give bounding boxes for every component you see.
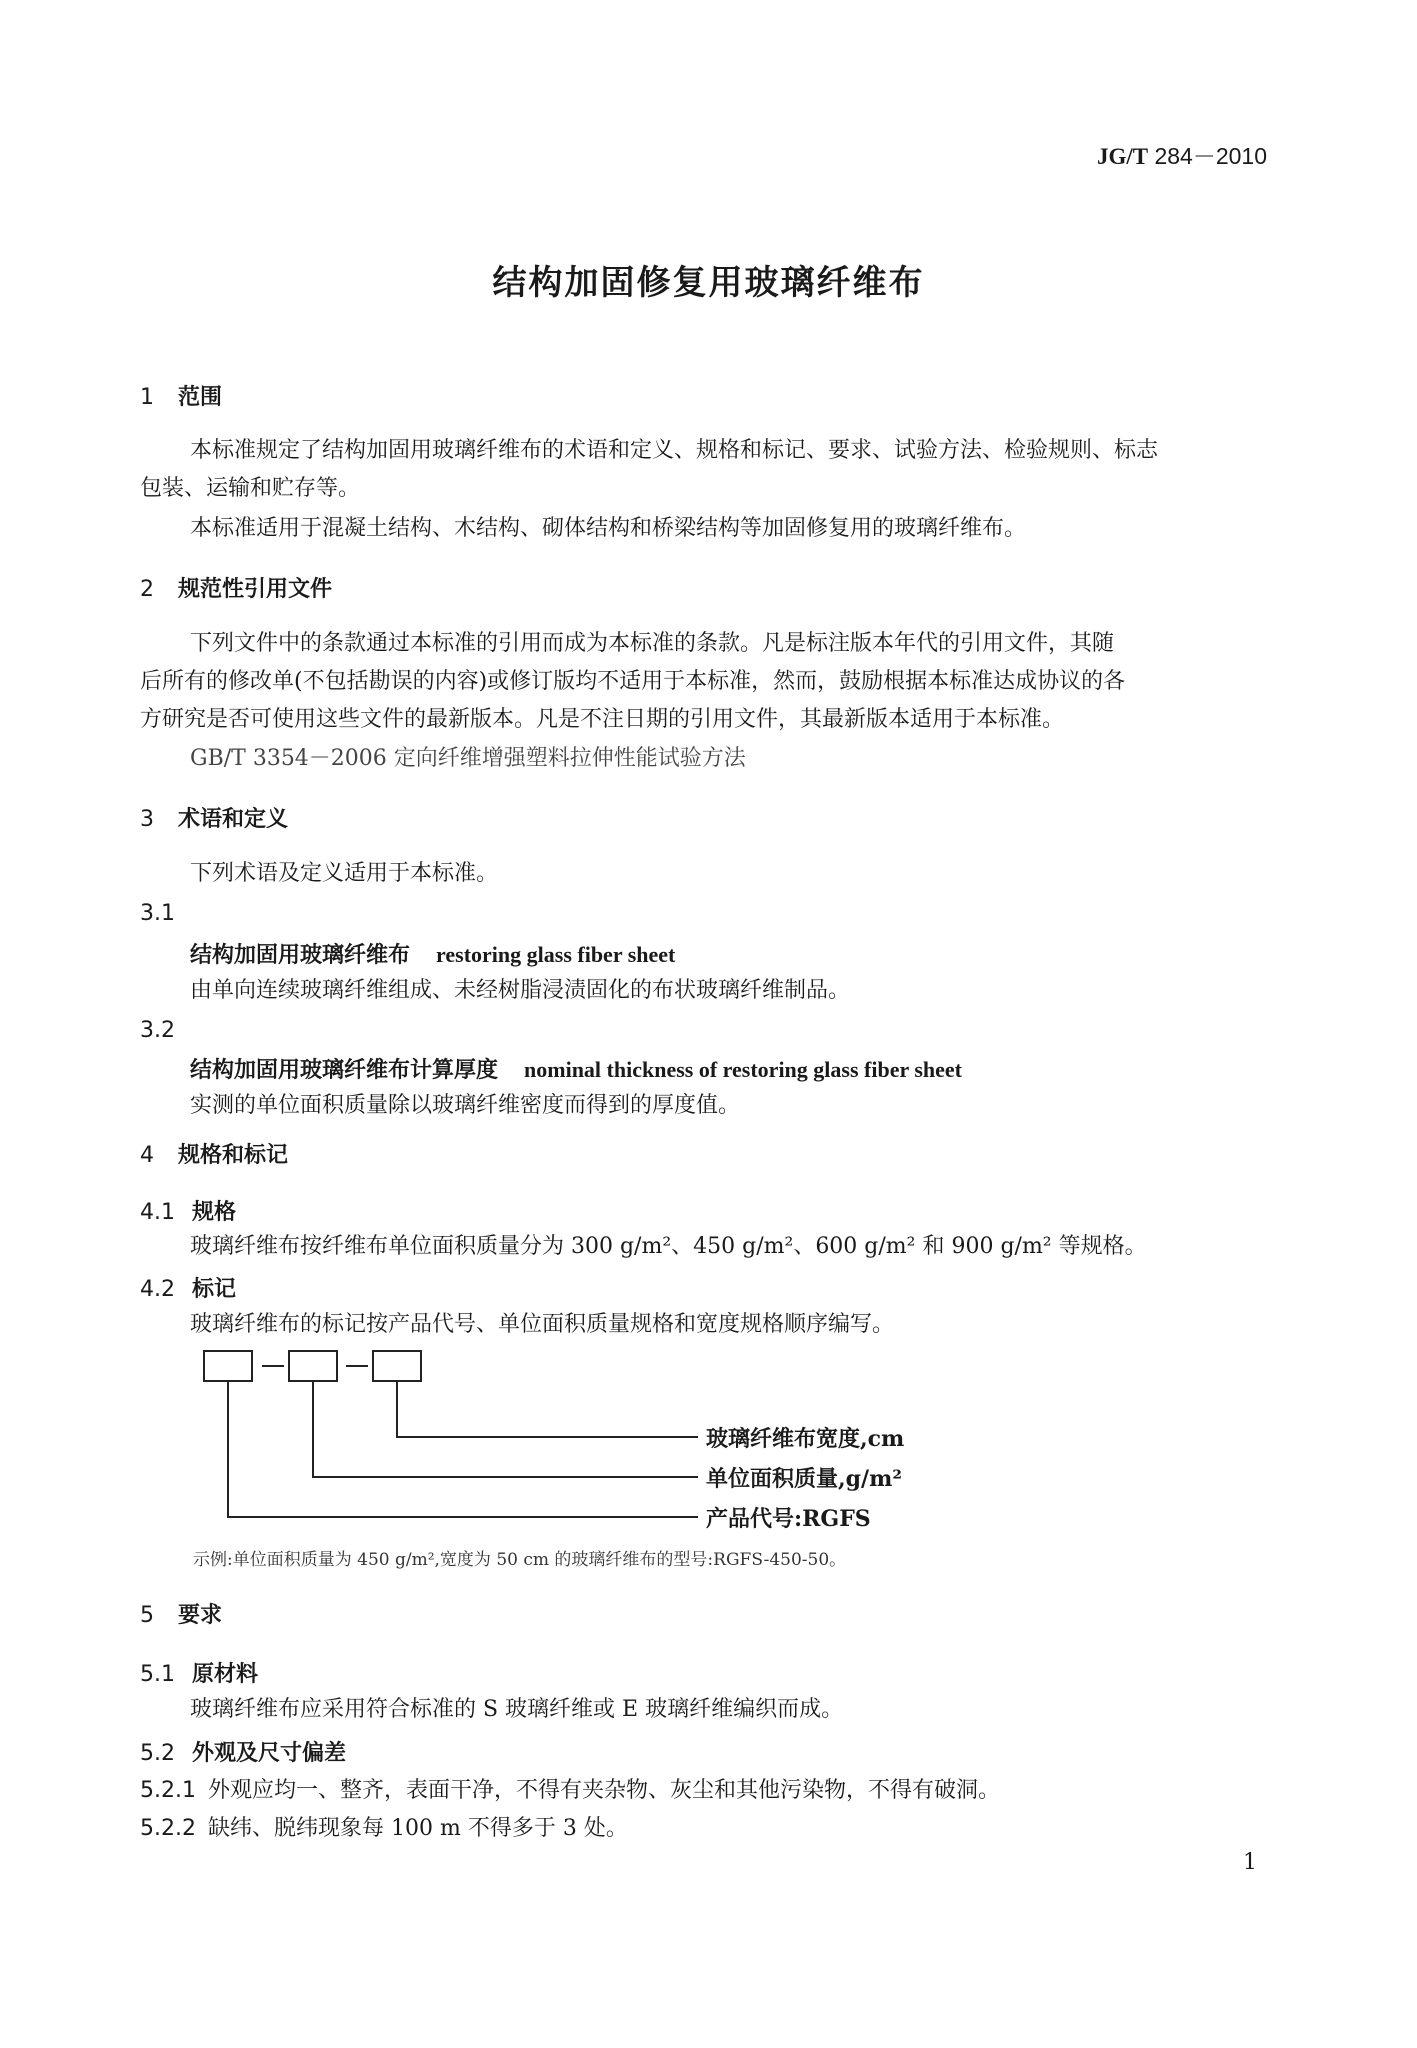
section-4-1-text: 玻璃纤维布按纤维布单位面积质量分为 300 g/m²、450 g/m²、600 … xyxy=(190,1228,1147,1266)
section-4-1-heading: 4.1规格 xyxy=(140,1195,236,1226)
section-3-heading: 3术语和定义 xyxy=(140,802,288,833)
clause-text: 缺纬、脱纬现象每 100 m 不得多于 3 处。 xyxy=(208,1816,628,1841)
section-4-2-heading: 4.2标记 xyxy=(140,1272,236,1303)
section-title: 规范性引用文件 xyxy=(178,577,332,602)
term-3-1: 结构加固用玻璃纤维布restoring glass fiber sheet xyxy=(190,938,675,969)
subsection-title: 标记 xyxy=(192,1277,236,1302)
subsection-number: 4.1 xyxy=(140,1200,192,1225)
section-2-heading: 2规范性引用文件 xyxy=(140,572,332,603)
marking-box-mass xyxy=(288,1350,338,1382)
page-number: 1 xyxy=(1243,1850,1257,1875)
term-zh: 结构加固用玻璃纤维布计算厚度 xyxy=(190,1058,498,1083)
marking-dash xyxy=(346,1365,368,1367)
leader-line-code xyxy=(227,1516,698,1518)
leader-line-width xyxy=(396,1436,698,1438)
document-title: 结构加固修复用玻璃纤维布 xyxy=(0,255,1417,304)
section-5-heading: 5要求 xyxy=(140,1598,222,1629)
section-5-2-2: 5.2.2缺纬、脱纬现象每 100 m 不得多于 3 处。 xyxy=(140,1810,628,1848)
section-title: 术语和定义 xyxy=(178,807,288,832)
marking-example: 示例:单位面积质量为 450 g/m²,宽度为 50 cm 的玻璃纤维布的型号:… xyxy=(193,1545,846,1570)
section-title: 要求 xyxy=(178,1603,222,1628)
leader-line-mass xyxy=(312,1476,698,1478)
term-3-2-definition: 实测的单位面积质量除以玻璃纤维密度而得到的厚度值。 xyxy=(190,1087,740,1125)
section-1-paragraph-2: 本标准适用于混凝土结构、木结构、砌体结构和桥梁结构等加固修复用的玻璃纤维布。 xyxy=(190,510,1026,548)
term-zh: 结构加固用玻璃纤维布 xyxy=(190,943,410,968)
subsection-title: 原材料 xyxy=(192,1662,258,1687)
leader-line-width xyxy=(396,1381,398,1437)
section-title: 规格和标记 xyxy=(178,1143,288,1168)
leader-line-code xyxy=(227,1381,229,1517)
subsection-number: 4.2 xyxy=(140,1277,192,1302)
section-3-intro: 下列术语及定义适用于本标准。 xyxy=(190,855,498,893)
section-number: 4 xyxy=(140,1143,178,1168)
section-4-2-text: 玻璃纤维布的标记按产品代号、单位面积质量规格和宽度规格顺序编写。 xyxy=(190,1306,894,1344)
section-5-2-heading: 5.2外观及尺寸偏差 xyxy=(140,1736,346,1767)
section-2-paragraph-line-1: 下列文件中的条款通过本标准的引用而成为本标准的条款。凡是标注版本年代的引用文件，… xyxy=(190,625,1114,663)
section-2-paragraph-line-2: 后所有的修改单(不包括勘误的内容)或修订版均不适用于本标准，然而，鼓励根据本标准… xyxy=(140,663,1125,701)
clause-number: 5.2.1 xyxy=(140,1772,192,1810)
section-number: 2 xyxy=(140,577,178,602)
term-3-1-definition: 由单向连续玻璃纤维组成、未经树脂浸渍固化的布状玻璃纤维制品。 xyxy=(190,972,850,1010)
standard-code-number: 284－2010 xyxy=(1154,143,1267,169)
section-title: 范围 xyxy=(178,385,222,410)
standard-code-prefix: JG/T xyxy=(1097,144,1148,169)
section-1-heading: 1范围 xyxy=(140,380,222,411)
section-1-paragraph-1-line-1: 本标准规定了结构加固用玻璃纤维布的术语和定义、规格和标记、要求、试验方法、检验规… xyxy=(190,432,1158,470)
normative-reference: GB/T 3354－2006 定向纤维增强塑料拉伸性能试验方法 xyxy=(190,740,746,778)
marking-box-width xyxy=(372,1350,422,1382)
section-number: 1 xyxy=(140,385,178,410)
section-1-paragraph-1-line-2: 包装、运输和贮存等。 xyxy=(140,470,360,508)
section-number: 3 xyxy=(140,807,178,832)
marking-box-code xyxy=(203,1350,253,1382)
section-2-paragraph-line-3: 方研究是否可使用这些文件的最新版本。凡是不注日期的引用文件，其最新版本适用于本标… xyxy=(140,701,1064,739)
leader-line-mass xyxy=(312,1381,314,1477)
label-width: 玻璃纤维布宽度,cm xyxy=(706,1422,904,1453)
clause-text: 外观应均一、整齐，表面干净，不得有夹杂物、灰尘和其他污染物，不得有破洞。 xyxy=(208,1778,1000,1803)
clause-number: 5.2.2 xyxy=(140,1810,192,1848)
marking-dash xyxy=(262,1365,284,1367)
section-5-1-heading: 5.1原材料 xyxy=(140,1657,258,1688)
section-5-2-1: 5.2.1外观应均一、整齐，表面干净，不得有夹杂物、灰尘和其他污染物，不得有破洞… xyxy=(140,1772,1000,1810)
label-mass: 单位面积质量,g/m² xyxy=(706,1462,902,1493)
term-en: nominal thickness of restoring glass fib… xyxy=(524,1057,962,1082)
subsection-title: 规格 xyxy=(192,1200,236,1225)
section-5-1-text: 玻璃纤维布应采用符合标准的 S 玻璃纤维或 E 玻璃纤维编织而成。 xyxy=(190,1691,843,1729)
label-code: 产品代号:RGFS xyxy=(706,1502,871,1533)
term-3-1-number: 3.1 xyxy=(140,895,175,933)
subsection-number: 5.1 xyxy=(140,1662,192,1687)
term-3-2-number: 3.2 xyxy=(140,1012,175,1050)
subsection-title: 外观及尺寸偏差 xyxy=(192,1741,346,1766)
section-4-heading: 4规格和标记 xyxy=(140,1138,288,1169)
term-en: restoring glass fiber sheet xyxy=(436,942,675,967)
section-number: 5 xyxy=(140,1603,178,1628)
term-3-2: 结构加固用玻璃纤维布计算厚度nominal thickness of resto… xyxy=(190,1053,962,1084)
standard-code: JG/T 284－2010 xyxy=(1097,138,1267,171)
subsection-number: 5.2 xyxy=(140,1741,192,1766)
